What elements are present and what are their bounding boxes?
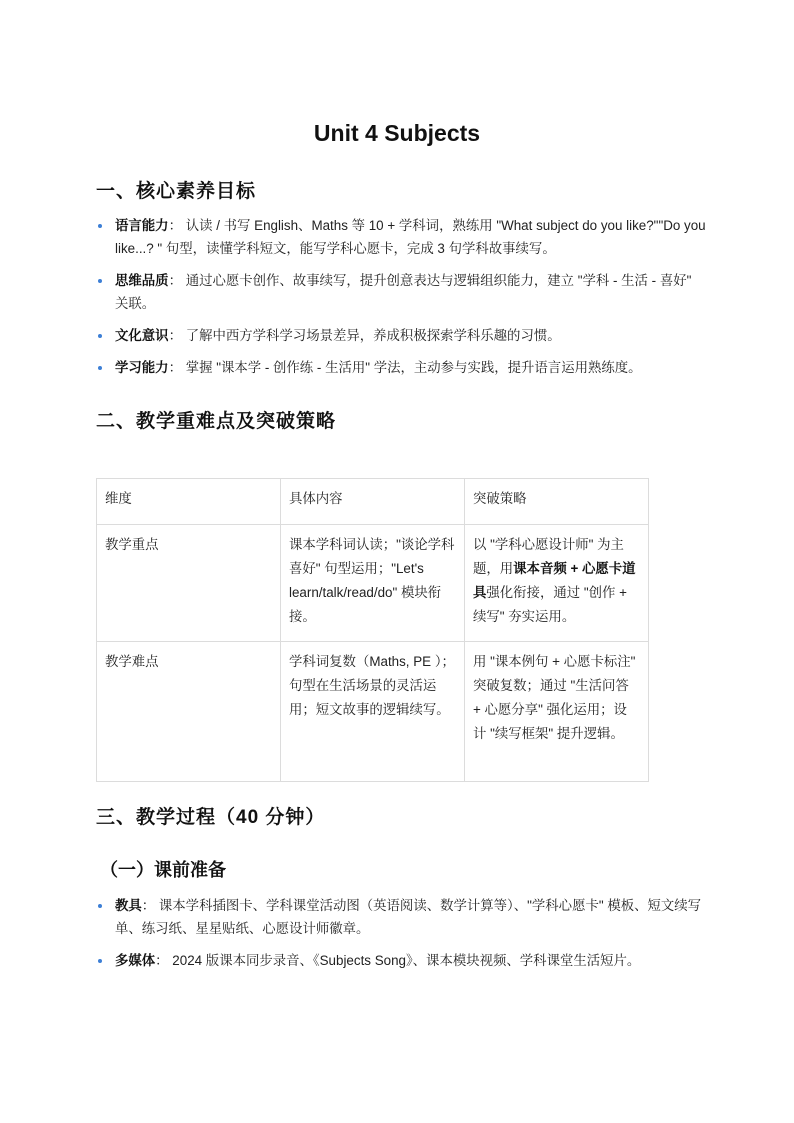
table-cell: 课本学科词认读；"谈论学科喜好" 句型运用；"Let's learn/talk/… bbox=[281, 525, 465, 642]
table-cell: 教学重点 bbox=[97, 525, 281, 642]
subsection-heading: （一）课前准备 bbox=[100, 856, 226, 882]
table-cell: 学科词复数（Maths, PE ）；句型在生活场景的灵活运用；短文故事的逻辑续写… bbox=[281, 642, 465, 782]
list-item: 语言能力： 认读 / 书写 English、Maths 等 10 + 学科词，熟… bbox=[96, 214, 706, 260]
table-header-cell: 具体内容 bbox=[281, 479, 465, 525]
section1-heading: 一、核心素养目标 bbox=[96, 176, 256, 203]
table-cell: 以 "学科心愿设计师" 为主题，用课本音频 + 心愿卡道具强化衔接，通过 "创作… bbox=[465, 525, 649, 642]
table-header-row: 维度 具体内容 突破策略 bbox=[97, 479, 649, 525]
list-item: 文化意识： 了解中西方学科学习场景差异，养成积极探索学科乐趣的习惯。 bbox=[96, 324, 706, 347]
table-row: 教学难点 学科词复数（Maths, PE ）；句型在生活场景的灵活运用；短文故事… bbox=[97, 642, 649, 782]
table-cell: 用 "课本例句 + 心愿卡标注" 突破复数；通过 "生活问答 + 心愿分享" 强… bbox=[465, 642, 649, 782]
core-goals-list: 语言能力： 认读 / 书写 English、Maths 等 10 + 学科词，熟… bbox=[96, 214, 706, 388]
table-header-cell: 维度 bbox=[97, 479, 281, 525]
list-item: 教具： 课本学科插图卡、学科课堂活动图（英语阅读、数学计算等）、"学科心愿卡" … bbox=[96, 894, 706, 940]
section2-heading: 二、教学重难点及突破策略 bbox=[96, 406, 336, 433]
preparation-list: 教具： 课本学科插图卡、学科课堂活动图（英语阅读、数学计算等）、"学科心愿卡" … bbox=[96, 894, 706, 981]
section3-heading: 三、教学过程（40 分钟） bbox=[96, 802, 325, 829]
list-item: 思维品质： 通过心愿卡创作、故事续写，提升创意表达与逻辑组织能力，建立 "学科 … bbox=[96, 269, 706, 315]
table-header-cell: 突破策略 bbox=[465, 479, 649, 525]
document-title: Unit 4 Subjects bbox=[0, 120, 794, 147]
table-cell: 教学难点 bbox=[97, 642, 281, 782]
table-row: 教学重点 课本学科词认读；"谈论学科喜好" 句型运用；"Let's learn/… bbox=[97, 525, 649, 642]
list-item: 学习能力： 掌握 "课本学 - 创作练 - 生活用" 学法，主动参与实践，提升语… bbox=[96, 356, 706, 379]
list-item: 多媒体： 2024 版课本同步录音、《Subjects Song》、课本模块视频… bbox=[96, 949, 706, 972]
strategy-table: 维度 具体内容 突破策略 教学重点 课本学科词认读；"谈论学科喜好" 句型运用；… bbox=[96, 478, 649, 782]
